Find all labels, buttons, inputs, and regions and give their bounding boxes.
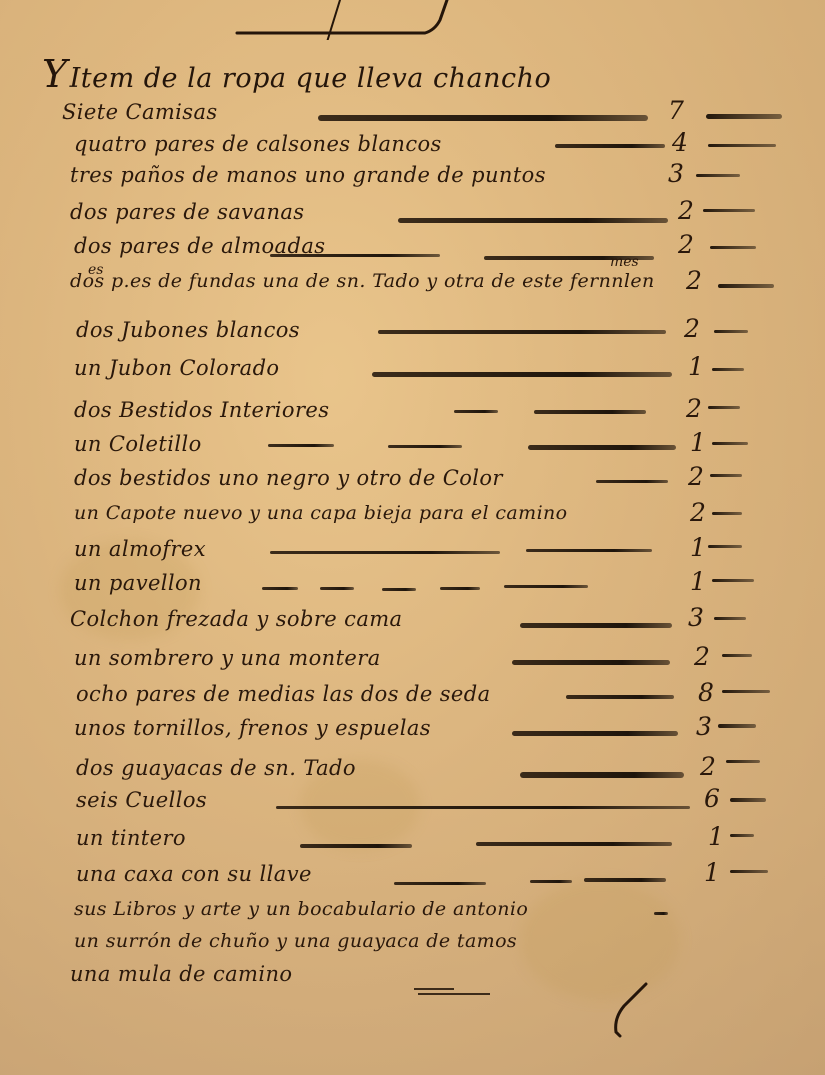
inventory-row: una mula de camino <box>0 962 825 992</box>
fill-stroke <box>504 585 588 588</box>
tail-stroke <box>730 798 766 802</box>
inventory-row: sus Libros y arte y un bocabulario de an… <box>0 898 825 928</box>
double-underline <box>414 988 454 990</box>
item-quantity: 1 <box>690 567 706 596</box>
item-quantity: 3 <box>688 603 704 632</box>
item-quantity: 1 <box>690 428 706 457</box>
inventory-row: Siete Camisas 7 <box>0 100 825 130</box>
fill-stroke <box>262 587 298 590</box>
item-description: una mula de camino <box>70 962 292 986</box>
fill-stroke <box>394 882 486 885</box>
item-quantity: 1 <box>690 533 706 562</box>
tail-stroke <box>710 246 756 249</box>
tail-stroke <box>712 579 754 582</box>
item-description: Colchon frezada y sobre cama <box>70 607 402 631</box>
tail-stroke <box>703 209 755 212</box>
fill-stroke <box>454 410 498 413</box>
item-description: dos Bestidos Interiores <box>74 398 329 422</box>
fill-stroke <box>566 695 674 699</box>
inventory-row: un Capote nuevo y una capa bieja para el… <box>0 502 825 532</box>
inventory-row: dos bestidos uno negro y otro de Color 2 <box>0 466 825 496</box>
tail-stroke <box>730 834 754 837</box>
fill-stroke <box>555 144 665 148</box>
tail-stroke <box>696 174 740 177</box>
fill-stroke <box>378 330 666 334</box>
tail-stroke <box>714 617 746 620</box>
inventory-row: ocho pares de medias las dos de seda 8 <box>0 682 825 712</box>
fill-stroke <box>300 844 412 848</box>
fill-stroke <box>512 731 678 736</box>
double-underline <box>418 993 490 995</box>
tail-stroke <box>708 406 740 409</box>
item-description: dos p.es de fundas una de sn. Tado y otr… <box>70 270 655 292</box>
inventory-row: un pavellon 1 <box>0 571 825 601</box>
item-quantity: 1 <box>708 822 724 851</box>
item-description: un tintero <box>76 826 186 850</box>
heading-flourish: Y <box>42 52 68 96</box>
inventory-row: dos pares de almoadas 2 <box>0 234 825 264</box>
item-description: un Jubon Colorado <box>74 356 279 380</box>
item-quantity: 2 <box>686 394 702 423</box>
tail-stroke <box>708 144 776 147</box>
item-description: sus Libros y arte y un bocabulario de an… <box>74 898 528 920</box>
inventory-row: quatro pares de calsones blancos 4 <box>0 132 825 162</box>
inventory-row: un surrón de chuño y una guayaca de tamo… <box>0 930 825 960</box>
fill-stroke <box>398 218 668 223</box>
item-quantity: 3 <box>668 159 684 188</box>
inventory-row: seis Cuellos 6 <box>0 788 825 818</box>
item-quantity: 1 <box>688 352 704 381</box>
item-description: un Capote nuevo y una capa bieja para el… <box>74 502 568 524</box>
fill-stroke <box>372 372 672 377</box>
tail-stroke <box>712 512 742 515</box>
fill-stroke <box>512 660 670 665</box>
item-quantity: 2 <box>678 230 694 259</box>
tail-stroke <box>730 870 768 873</box>
item-description: un almofrex <box>74 537 206 561</box>
fill-stroke <box>270 254 440 257</box>
item-description: seis Cuellos <box>76 788 207 812</box>
fill-stroke <box>320 587 354 590</box>
inventory-row: un almofrex 1 <box>0 537 825 567</box>
item-description: tres paños de manos uno grande de puntos <box>70 163 546 187</box>
fill-stroke <box>476 842 672 846</box>
tail-stroke <box>706 114 782 119</box>
item-description: dos Jubones blancos <box>76 318 300 342</box>
item-quantity: 1 <box>704 858 720 887</box>
item-description: un pavellon <box>74 571 202 595</box>
fill-stroke <box>270 551 500 554</box>
item-quantity: 6 <box>704 784 720 813</box>
tail-stroke <box>710 474 742 477</box>
fill-stroke <box>388 445 462 448</box>
item-quantity: 2 <box>694 642 710 671</box>
item-description: ocho pares de medias las dos de seda <box>76 682 491 706</box>
tail-stroke <box>726 760 760 763</box>
item-quantity: 2 <box>686 266 702 295</box>
fill-stroke <box>534 410 646 414</box>
tail-stroke <box>718 724 756 728</box>
item-quantity: 3 <box>696 712 712 741</box>
fill-stroke <box>584 878 666 882</box>
tail-stroke <box>712 442 748 445</box>
fill-stroke <box>520 772 684 778</box>
item-description: una caxa con su llave <box>76 862 312 886</box>
tail-stroke <box>714 330 748 333</box>
inventory-row: un Jubon Colorado 1 <box>0 356 825 386</box>
item-description: dos pares de savanas <box>70 200 304 224</box>
item-description: unos tornillos, frenos y espuelas <box>74 716 431 740</box>
item-description: un Coletillo <box>74 432 202 456</box>
fill-stroke <box>520 623 672 628</box>
inventory-row: Colchon frezada y sobre cama 3 <box>0 607 825 637</box>
fill-stroke <box>440 587 480 590</box>
manuscript-page: YItem de la ropa que lleva chancho Siete… <box>0 0 825 1075</box>
inventory-row: tres paños de manos uno grande de puntos… <box>0 163 825 193</box>
item-description: Siete Camisas <box>62 100 218 124</box>
item-quantity: 2 <box>690 498 706 527</box>
inventory-row: es mes dos p.es de fundas una de sn. Tad… <box>0 270 825 300</box>
item-description: un surrón de chuño y una guayaca de tamo… <box>74 930 517 952</box>
fill-stroke <box>528 445 676 450</box>
item-description: un sombrero y una montera <box>74 646 381 670</box>
fill-stroke <box>654 912 668 915</box>
inventory-heading: YItem de la ropa que lleva chancho <box>42 52 551 96</box>
fill-stroke <box>268 444 334 447</box>
tail-stroke <box>722 654 752 657</box>
tail-stroke <box>722 690 770 693</box>
tail-stroke <box>712 368 744 371</box>
fill-stroke <box>276 806 690 809</box>
item-description: dos guayacas de sn. Tado <box>76 756 356 780</box>
item-quantity: 4 <box>672 128 688 157</box>
fill-stroke <box>596 480 668 483</box>
inventory-row: dos Jubones blancos 2 <box>0 318 825 348</box>
tail-stroke <box>718 284 774 288</box>
inventory-row: dos guayacas de sn. Tado 2 <box>0 756 825 786</box>
item-quantity: 2 <box>688 462 704 491</box>
tail-stroke <box>708 545 742 548</box>
item-description: dos bestidos uno negro y otro de Color <box>74 466 503 490</box>
inventory-row: una caxa con su llave 1 <box>0 862 825 892</box>
heading-text: Item de la ropa que lleva chancho <box>70 63 552 94</box>
fill-stroke <box>318 115 648 121</box>
item-quantity: 2 <box>700 752 716 781</box>
inventory-row: dos Bestidos Interiores 2 <box>0 398 825 428</box>
inventory-row: un tintero 1 <box>0 826 825 856</box>
fill-stroke <box>382 588 416 591</box>
top-ink-mark <box>225 0 465 40</box>
inventory-row: unos tornillos, frenos y espuelas 3 <box>0 716 825 746</box>
fill-stroke <box>530 880 572 883</box>
item-description: quatro pares de calsones blancos <box>74 132 442 156</box>
closing-flourish-mark <box>606 980 656 1040</box>
inventory-row: un Coletillo 1 <box>0 432 825 462</box>
item-quantity: 8 <box>698 678 714 707</box>
fill-stroke <box>526 549 652 552</box>
inventory-row: un sombrero y una montera 2 <box>0 646 825 676</box>
superscript-insertion: mes <box>610 254 639 270</box>
inventory-row: dos pares de savanas 2 <box>0 200 825 230</box>
item-quantity: 2 <box>678 196 694 225</box>
item-quantity: 2 <box>684 314 700 343</box>
item-quantity: 7 <box>668 96 684 125</box>
